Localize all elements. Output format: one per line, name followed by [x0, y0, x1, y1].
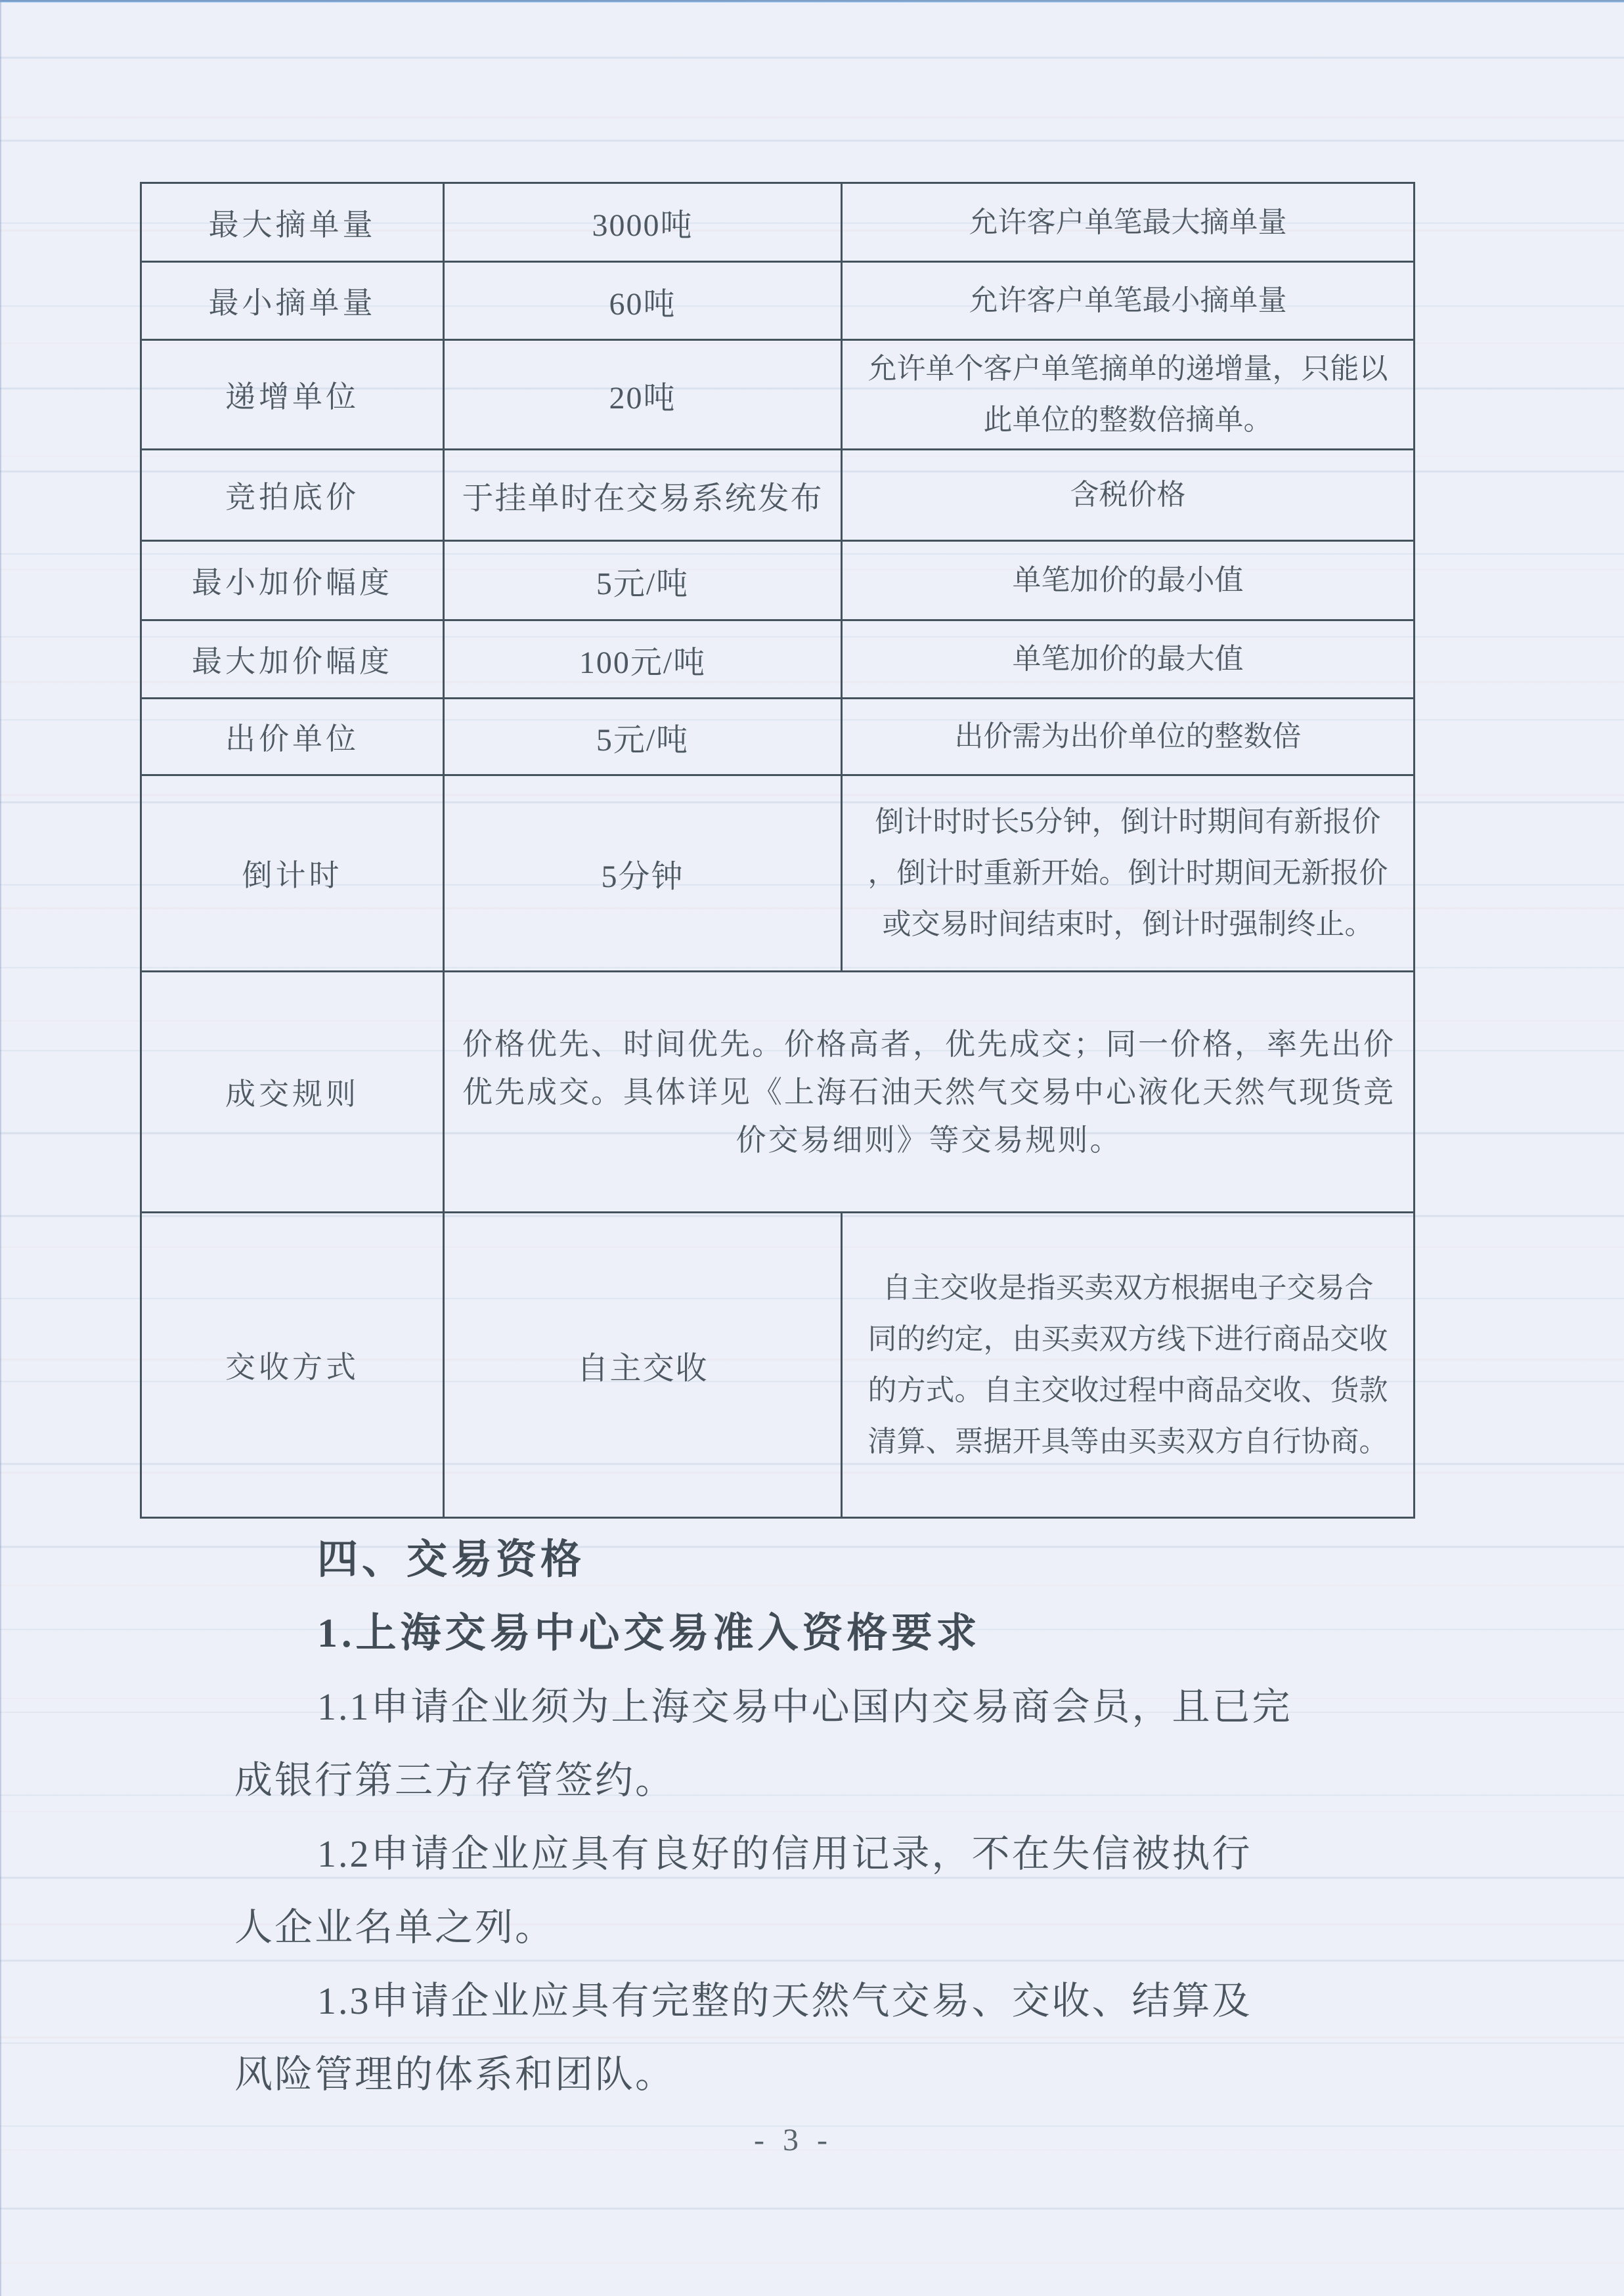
scan-seam-line-faint — [0, 0, 985, 2]
table-row: 出价单位 5元/吨 出价需为出价单位的整数倍 — [141, 699, 1415, 775]
row-value-cell: 5元/吨 — [444, 699, 842, 775]
scan-seam-line — [0, 0, 1624, 3]
row-label-cell: 最大摘单量 — [141, 183, 444, 262]
row-label-cell: 出价单位 — [141, 699, 444, 775]
row-desc-cell: 允许客户单笔最大摘单量 — [842, 183, 1415, 262]
page-number: - 3 - — [754, 2122, 833, 2158]
row-label-cell: 递增单位 — [141, 340, 444, 450]
row-desc-cell: 含税价格 — [842, 450, 1415, 541]
row-value-cell: 5分钟 — [444, 775, 842, 972]
table-row: 成交规则 价格优先、时间优先。价格高者，优先成交；同一价格，率先出价 优先成交。… — [141, 972, 1415, 1213]
table-row: 竞拍底价 于挂单时在交易系统发布 含税价格 — [141, 450, 1415, 541]
row-desc-cell: 单笔加价的最小值 — [842, 541, 1415, 620]
table-row: 递增单位 20吨 允许单个客户单笔摘单的递增量，只能以 此单位的整数倍摘单。 — [141, 340, 1415, 450]
paragraph-1-2: 1.2申请企业应具有良好的信用记录，不在失信被执行 人企业名单之列。 — [234, 1817, 1392, 1964]
row-value-cell: 100元/吨 — [444, 620, 842, 699]
row-desc-cell: 单笔加价的最大值 — [842, 620, 1415, 699]
row-value-cell: 3000吨 — [444, 183, 842, 262]
row-label-cell: 交收方式 — [141, 1213, 444, 1518]
table-row: 最小摘单量 60吨 允许客户单笔最小摘单量 — [141, 262, 1415, 340]
scanned-document-page: 最大摘单量 3000吨 允许客户单笔最大摘单量 最小摘单量 60吨 允许客户单笔… — [0, 0, 1624, 2296]
row-value-cell: 自主交收 — [444, 1213, 842, 1518]
row-value-cell: 于挂单时在交易系统发布 — [444, 450, 842, 541]
scan-line-artifact — [0, 0, 1624, 1]
row-desc-cell: 出价需为出价单位的整数倍 — [842, 699, 1415, 775]
table-row: 最大摘单量 3000吨 允许客户单笔最大摘单量 — [141, 183, 1415, 262]
row-label-cell: 最小摘单量 — [141, 262, 444, 340]
paragraph-1-3: 1.3申请企业应具有完整的天然气交易、交收、结算及 风险管理的体系和团队。 — [234, 1964, 1392, 2112]
table-row: 最小加价幅度 5元/吨 单笔加价的最小值 — [141, 541, 1415, 620]
section-heading: 四、交易资格 — [234, 1523, 1392, 1597]
scan-top-edge-artifact — [0, 0, 1624, 2]
row-label-cell: 成交规则 — [141, 972, 444, 1213]
row-label-cell: 最大加价幅度 — [141, 620, 444, 699]
scan-right-margin-line — [0, 0, 1, 2296]
row-merged-cell: 价格优先、时间优先。价格高者，优先成交；同一价格，率先出价 优先成交。具体详见《… — [444, 972, 1415, 1213]
row-desc-cell: 允许客户单笔最小摘单量 — [842, 262, 1415, 340]
table-row: 倒计时 5分钟 倒计时时长5分钟，倒计时期间有新报价 ，倒计时重新开始。倒计时期… — [141, 775, 1415, 972]
table-row: 交收方式 自主交收 自主交收是指买卖双方根据电子交易合 同的约定，由买卖双方线下… — [141, 1213, 1415, 1518]
row-desc-cell: 自主交收是指买卖双方根据电子交易合 同的约定，由买卖双方线下进行商品交收 的方式… — [842, 1213, 1415, 1518]
row-label-cell: 最小加价幅度 — [141, 541, 444, 620]
row-value-cell: 20吨 — [444, 340, 842, 450]
paragraph-1-1: 1.1申请企业须为上海交易中心国内交易商会员，且已完 成银行第三方存管签约。 — [234, 1670, 1392, 1817]
row-label-cell: 倒计时 — [141, 775, 444, 972]
table-row: 最大加价幅度 100元/吨 单笔加价的最大值 — [141, 620, 1415, 699]
row-desc-cell: 允许单个客户单笔摘单的递增量，只能以 此单位的整数倍摘单。 — [842, 340, 1415, 450]
row-label-cell: 竞拍底价 — [141, 450, 444, 541]
body-text-block: 四、交易资格 1.上海交易中心交易准入资格要求 1.1申请企业须为上海交易中心国… — [234, 1523, 1392, 2112]
sub-heading: 1.上海交易中心交易准入资格要求 — [234, 1597, 1392, 1670]
row-value-cell: 5元/吨 — [444, 541, 842, 620]
row-value-cell: 60吨 — [444, 262, 842, 340]
row-desc-cell: 倒计时时长5分钟，倒计时期间有新报价 ，倒计时重新开始。倒计时期间无新报价 或交… — [842, 775, 1415, 972]
trading-rules-table: 最大摘单量 3000吨 允许客户单笔最大摘单量 最小摘单量 60吨 允许客户单笔… — [140, 182, 1415, 1519]
